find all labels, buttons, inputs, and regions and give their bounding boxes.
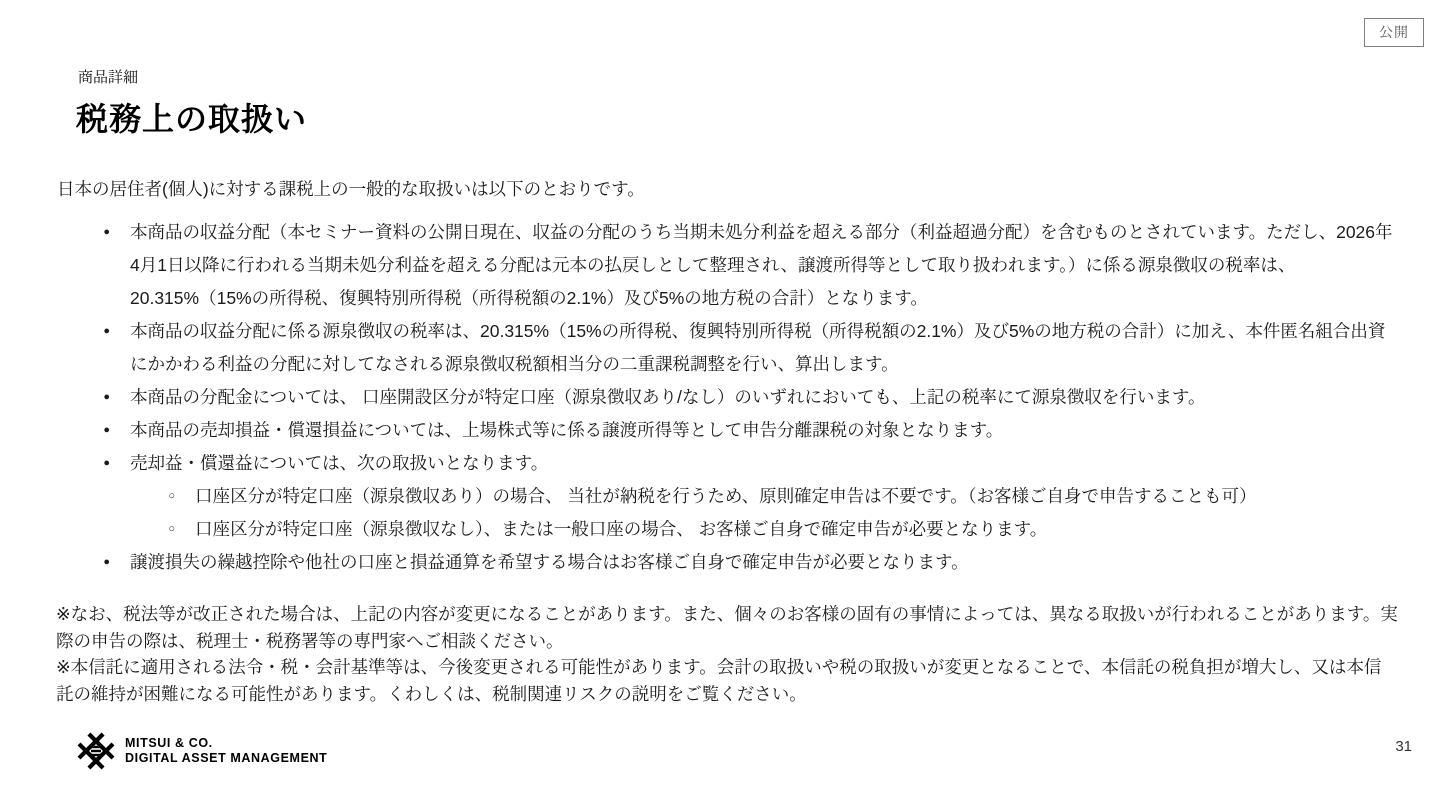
company-logo: MITSUI & CO. DIGITAL ASSET MANAGEMENT bbox=[76, 731, 327, 771]
list-item-text: 本商品の売却損益・償還損益については、上場株式等に係る譲渡所得等として申告分離課… bbox=[130, 414, 1395, 447]
disclaimer-note: ※なお、税法等が改正された場合は、上記の内容が変更になることがあります。また、個… bbox=[56, 601, 1398, 654]
page-title: 税務上の取扱い bbox=[76, 94, 307, 140]
sub-bullet-icon: ○ bbox=[57, 480, 195, 513]
slide-tax-treatment: { "meta": { "badge": "公開", "page_number"… bbox=[0, 0, 1440, 810]
list-item: ● 譲渡損失の繰越控除や他社の口座と損益通算を希望する場合はお客様ご自身で確定申… bbox=[57, 546, 1395, 579]
list-item: ● 本商品の分配金については、 口座開設区分が特定口座（源泉徴収あり/なし）のい… bbox=[57, 381, 1395, 414]
bullet-icon: ● bbox=[57, 315, 130, 381]
mitsui-igeta-logo-icon bbox=[76, 731, 116, 771]
list-item: ● 本商品の売却損益・償還損益については、上場株式等に係る譲渡所得等として申告分… bbox=[57, 414, 1395, 447]
sub-list-item: ○ 口座区分が特定口座（源泉徴収あり）の場合、 当社が納税を行うため、原則確定申… bbox=[57, 480, 1395, 513]
slide-eyebrow: 商品詳細 bbox=[78, 66, 138, 87]
list-item-text: 本商品の分配金については、 口座開設区分が特定口座（源泉徴収あり/なし）のいずれ… bbox=[130, 381, 1395, 414]
list-item-text: 口座区分が特定口座（源泉徴収なし）、または一般口座の場合、 お客様ご自身で確定申… bbox=[195, 513, 1395, 546]
list-item-text: 口座区分が特定口座（源泉徴収あり）の場合、 当社が納税を行うため、原則確定申告は… bbox=[195, 480, 1395, 513]
list-item-text: 売却益・償還益については、次の取扱いとなります。 bbox=[130, 447, 1395, 480]
list-item-text: 本商品の収益分配に係る源泉徴収の税率は、20.315%（15%の所得税、復興特別… bbox=[130, 315, 1395, 381]
page-number: 31 bbox=[1395, 738, 1412, 755]
company-logo-line1: MITSUI & CO. bbox=[125, 736, 327, 751]
list-item: ● 本商品の収益分配に係る源泉徴収の税率は、20.315%（15%の所得税、復興… bbox=[57, 315, 1395, 381]
list-item: ● 本商品の収益分配（本セミナー資料の公開日現在、収益の分配のうち当期未処分利益… bbox=[57, 216, 1395, 315]
bullet-icon: ● bbox=[57, 546, 130, 579]
disclaimer-notes: ※なお、税法等が改正された場合は、上記の内容が変更になることがあります。また、個… bbox=[56, 601, 1398, 707]
intro-text: 日本の居住者(個人)に対する課税上の一般的な取扱いは以下のとおりです。 bbox=[57, 176, 645, 201]
bullet-icon: ● bbox=[57, 381, 130, 414]
company-logo-line2: DIGITAL ASSET MANAGEMENT bbox=[125, 751, 327, 766]
sub-bullet-icon: ○ bbox=[57, 513, 195, 546]
disclaimer-note: ※本信託に適用される法令・税・会計基準等は、今後変更される可能性があります。会計… bbox=[56, 654, 1398, 707]
bullet-icon: ● bbox=[57, 447, 130, 480]
list-item: ● 売却益・償還益については、次の取扱いとなります。 bbox=[57, 447, 1395, 480]
sub-list-item: ○ 口座区分が特定口座（源泉徴収なし）、または一般口座の場合、 お客様ご自身で確… bbox=[57, 513, 1395, 546]
bullet-icon: ● bbox=[57, 414, 130, 447]
bullet-icon: ● bbox=[57, 216, 130, 315]
visibility-badge: 公開 bbox=[1364, 18, 1424, 47]
tax-treatment-list: ● 本商品の収益分配（本セミナー資料の公開日現在、収益の分配のうち当期未処分利益… bbox=[57, 216, 1395, 579]
list-item-text: 本商品の収益分配（本セミナー資料の公開日現在、収益の分配のうち当期未処分利益を超… bbox=[130, 216, 1395, 315]
company-logo-text: MITSUI & CO. DIGITAL ASSET MANAGEMENT bbox=[125, 736, 327, 766]
list-item-text: 譲渡損失の繰越控除や他社の口座と損益通算を希望する場合はお客様ご自身で確定申告が… bbox=[130, 546, 1395, 579]
